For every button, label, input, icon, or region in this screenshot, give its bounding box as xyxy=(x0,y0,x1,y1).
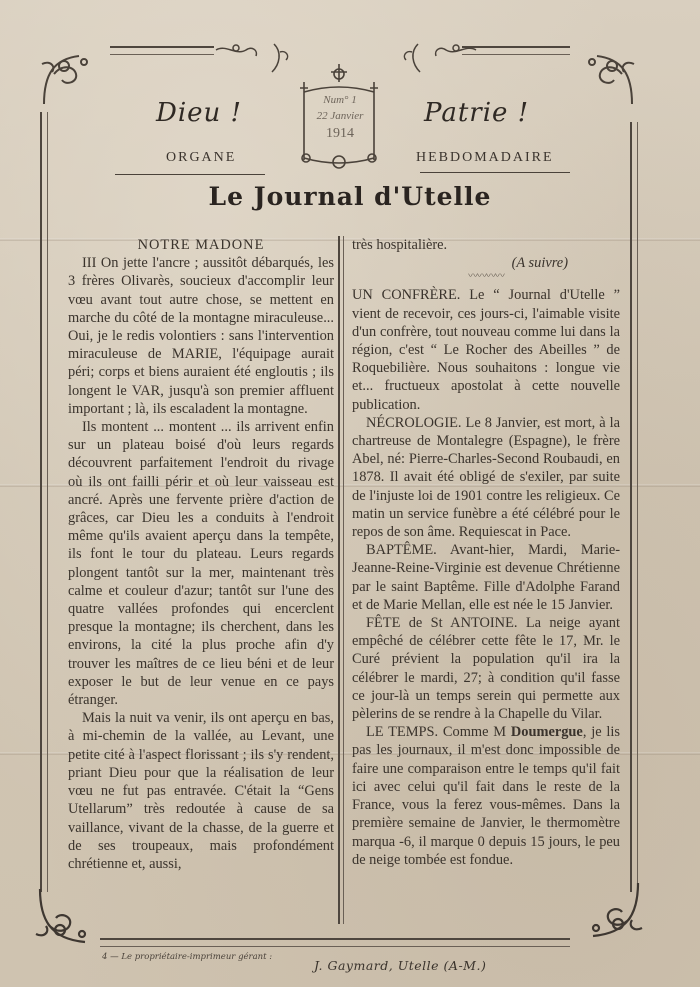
top-border-rule xyxy=(462,46,570,55)
to-be-continued: (A suivre) xyxy=(352,254,620,272)
page-number: 4 xyxy=(102,952,107,962)
motto-left: Dieu ! xyxy=(156,98,242,128)
left-border-rule xyxy=(40,112,48,892)
article-paragraph: III On jette l'ancre ; aussitôt débarqué… xyxy=(68,254,334,418)
news-item-text: , je lis pas les journaux, il m'est donc… xyxy=(352,724,620,867)
corner-ornament-icon xyxy=(578,878,648,948)
news-item-temps: LE TEMPS. Comme M Doumergue, je lis pas … xyxy=(352,723,620,869)
column-divider xyxy=(338,236,344,924)
corner-ornament-icon xyxy=(30,884,100,954)
news-item-necrologie: NÉCROLOGIE. Le 8 Janvier, est mort, à la… xyxy=(352,414,620,541)
corner-ornament-icon xyxy=(34,44,104,114)
issue-date: 22 Janvier xyxy=(300,110,380,122)
article-paragraph: Ils montent ... montent ... ils arrivent… xyxy=(68,418,334,709)
corner-ornament-icon xyxy=(572,44,642,114)
right-border-rule xyxy=(630,122,638,892)
news-item-confrere: UN CONFRÈRE. Le “ Journal d'Utelle ” vie… xyxy=(352,286,620,413)
news-item-heading: NÉCROLOGIE. xyxy=(366,415,462,431)
article-paragraph: Mais la nuit va venir, ils ont aperçu en… xyxy=(68,709,334,873)
news-item-heading: UN CONFRÈRE. xyxy=(352,287,460,303)
footer-imprint: 4 — Le propriétaire-imprimeur gérant : xyxy=(102,952,272,962)
news-item-heading: FÊTE de St ANTOINE. xyxy=(366,615,517,631)
top-border-rule xyxy=(110,46,214,55)
news-item-heading: LE TEMPS. xyxy=(366,724,438,740)
flourish-ornament-icon xyxy=(388,40,478,80)
flourish-ornament-icon xyxy=(214,40,304,80)
news-item-text: Le “ Journal d'Utelle ” vient de recevoi… xyxy=(352,287,620,412)
subtitle-underline xyxy=(420,172,570,173)
news-item-heading: BAPTÊME. xyxy=(366,542,437,558)
footer-label: — Le propriétaire-imprimeur gérant : xyxy=(110,952,272,962)
news-item-text: La neige ayant empêché de célébrer cette… xyxy=(352,615,620,722)
subtitle-underline xyxy=(115,174,265,175)
news-item-fete: FÊTE de St ANTOINE. La neige ayant empêc… xyxy=(352,614,620,723)
issue-number: Num° 1 xyxy=(300,94,380,106)
divider-ornament-icon: 〰〰〰〰 xyxy=(352,272,620,282)
subtitle-left: ORGANE xyxy=(166,150,236,166)
article-continuation: très hospitalière. xyxy=(352,236,620,254)
footer-printer: J. Gaymard, Utelle (A-M.) xyxy=(314,958,486,973)
right-column: très hospitalière. (A suivre) 〰〰〰〰 UN CO… xyxy=(352,236,620,869)
issue-year: 1914 xyxy=(300,126,380,142)
motto-right: Patrie ! xyxy=(424,98,529,128)
newspaper-title: Le Journal d'Utelle xyxy=(0,182,700,211)
bottom-border-rule xyxy=(100,938,570,947)
section-heading: NOTRE MADONE xyxy=(68,236,334,254)
news-item-name: Doumergue xyxy=(511,724,583,740)
news-item-bapteme: BAPTÊME. Avant-hier, Mardi, Marie-Jeanne… xyxy=(352,541,620,614)
subtitle-right: HEBDOMADAIRE xyxy=(416,150,554,166)
news-item-text: Comme M xyxy=(443,724,506,740)
news-item-text: Le 8 Janvier, est mort, à la chartreuse … xyxy=(352,415,620,540)
left-column: NOTRE MADONE III On jette l'ancre ; auss… xyxy=(68,236,334,873)
newspaper-page: Num° 1 22 Janvier 1914 Dieu ! Patrie ! O… xyxy=(0,0,700,987)
